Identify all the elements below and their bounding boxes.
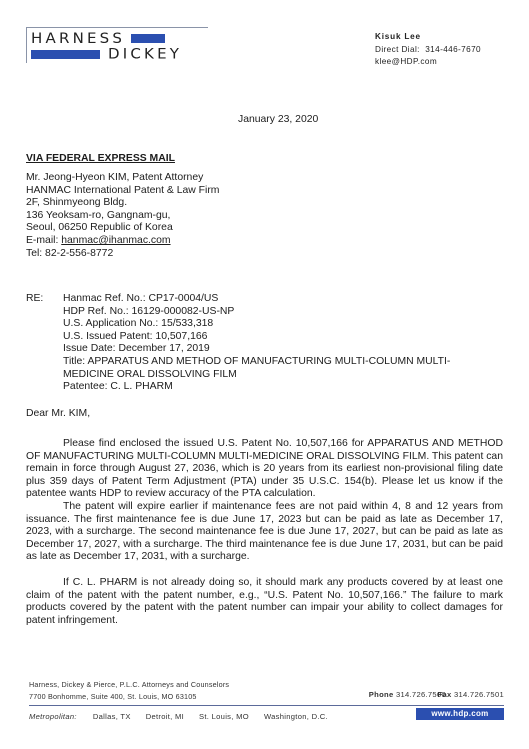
recipient-line: HANMAC International Patent & Law Firm (26, 185, 219, 198)
body-paragraph: Please find enclosed the issued U.S. Pat… (26, 438, 503, 501)
re-line: Hanmac Ref. No.: CP17-0004/US (63, 293, 493, 306)
office-location: Dallas, TX (93, 712, 131, 721)
paragraph-text: The patent will expire earlier if mainte… (26, 501, 503, 562)
footer-divider (29, 705, 504, 706)
recipient-email-link[interactable]: hanmac@ihanmac.com (61, 235, 170, 246)
direct-dial-number: 314-446-7670 (425, 45, 481, 54)
office-location: Washington, D.C. (264, 712, 328, 721)
footer-offices: Metropolitan: Dallas, TX Detroit, MI St.… (29, 712, 343, 721)
recipient-email-line: E-mail: hanmac@ihanmac.com (26, 235, 219, 248)
metro-label: Metropolitan: (29, 712, 77, 721)
paragraph-text: If C. L. PHARM is not already doing so, … (26, 577, 503, 626)
body-paragraph: The patent will expire earlier if mainte… (26, 501, 503, 564)
re-line: U.S. Application No.: 15/533,318 (63, 318, 493, 331)
recipient-line: 2F, Shinmyeong Bldg. (26, 197, 219, 210)
re-line: Issue Date: December 17, 2019 (63, 343, 493, 356)
footer-firm-name: Harness, Dickey & Pierce, P.L.C. Attorne… (29, 679, 229, 691)
body-paragraph: If C. L. PHARM is not already doing so, … (26, 577, 503, 627)
footer-phone: Phone 314.726.7500 (369, 690, 446, 699)
sender-direct-dial: Direct Dial: 314-446-7670 (375, 44, 481, 57)
firm-logo: HARNESS DICKEY (26, 27, 208, 63)
office-location: Detroit, MI (146, 712, 184, 721)
phone-label: Phone (369, 690, 394, 699)
re-line: U.S. Issued Patent: 10,507,166 (63, 331, 493, 344)
logo-bar (31, 50, 100, 59)
letter-date: January 23, 2020 (238, 114, 318, 127)
recipient-tel: Tel: 82-2-556-8772 (26, 248, 219, 261)
recipient-line: 136 Yeoksam-ro, Gangnam-gu, (26, 210, 219, 223)
re-label: RE: (26, 293, 43, 306)
salutation: Dear Mr. KIM, (26, 408, 90, 421)
recipient-address: Mr. Jeong-Hyeon KIM, Patent Attorney HAN… (26, 172, 219, 260)
logo-row-harness: HARNESS (31, 31, 208, 45)
recipient-line: Seoul, 06250 Republic of Korea (26, 222, 219, 235)
sender-email: klee@HDP.com (375, 56, 481, 69)
logo-word-harness: HARNESS (31, 31, 125, 44)
recipient-line: Mr. Jeong-Hyeon KIM, Patent Attorney (26, 172, 219, 185)
logo-word-dickey: DICKEY (108, 47, 182, 60)
footer-firm-info: Harness, Dickey & Pierce, P.L.C. Attorne… (29, 679, 229, 702)
sender-contact: Kisuk Lee Direct Dial: 314-446-7670 klee… (375, 31, 481, 69)
re-block: Hanmac Ref. No.: CP17-0004/US HDP Ref. N… (63, 293, 493, 394)
fax-label: Fax (438, 690, 452, 699)
paragraph-text: Please find enclosed the issued U.S. Pat… (26, 438, 503, 499)
direct-dial-label: Direct Dial: (375, 45, 420, 54)
re-title: Title: APPARATUS AND METHOD OF MANUFACTU… (63, 356, 493, 381)
recipient-email-label: E-mail: (26, 235, 58, 246)
footer-address: 7700 Bonhomme, Suite 400, St. Louis, MO … (29, 691, 229, 703)
re-line: Patentee: C. L. PHARM (63, 381, 493, 394)
logo-row-dickey: DICKEY (31, 47, 208, 61)
delivery-method: VIA FEDERAL EXPRESS MAIL (26, 153, 175, 166)
fax-number: 314.726.7501 (454, 690, 504, 699)
sender-name: Kisuk Lee (375, 31, 481, 44)
logo-bar (131, 34, 165, 43)
office-location: St. Louis, MO (199, 712, 249, 721)
website-link[interactable]: www.hdp.com (416, 708, 504, 720)
re-line: HDP Ref. No.: 16129-000082-US-NP (63, 306, 493, 319)
footer-fax: Fax 314.726.7501 (438, 690, 504, 699)
